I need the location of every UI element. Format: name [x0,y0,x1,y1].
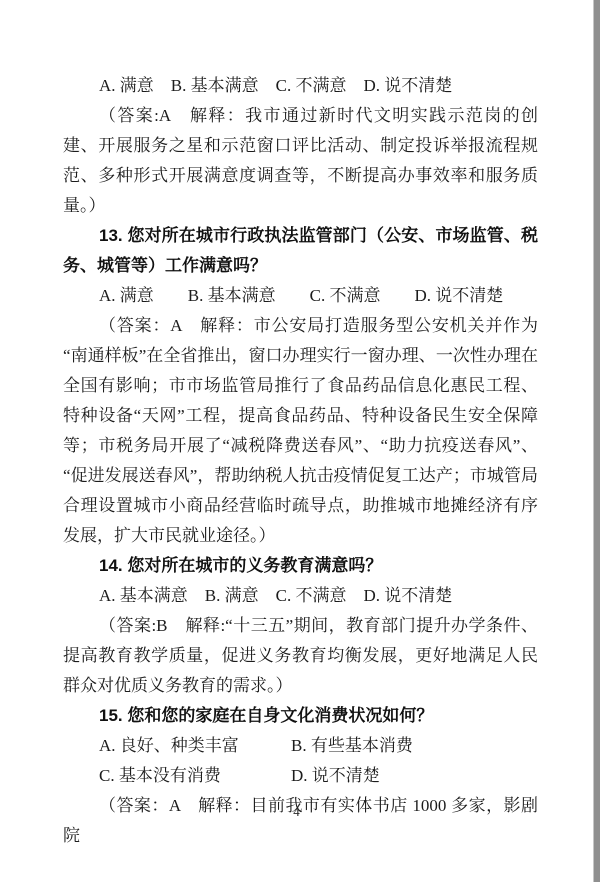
question-12-options-line: A. 满意 B. 基本满意 C. 不满意 D. 说不清楚 [63,71,538,101]
question-15-options-row-1: A. 良好、种类丰富 B. 有些基本消费 [63,731,538,761]
question-14-answer-paragraph: （答案:B 解释:“十三五”期间，教育部门提升办学条件、提高教育教学质量，促进义… [63,611,538,701]
question-15-option-a: A. 良好、种类丰富 [99,731,291,761]
page-number: 4 [0,802,593,822]
document-content: A. 满意 B. 基本满意 C. 不满意 D. 说不清楚 （答案:A 解释：我市… [63,71,538,851]
question-15-options-row-2: C. 基本没有消费 D. 说不清楚 [63,761,538,791]
question-15-option-b: B. 有些基本消费 [291,731,413,761]
question-15-option-d: D. 说不清楚 [291,761,380,791]
question-14-options-line: A. 基本满意 B. 满意 C. 不满意 D. 说不清楚 [63,581,538,611]
scan-edge-strip [593,0,600,882]
question-13-title: 13. 您对所在城市行政执法监管部门（公安、市场监管、税务、城管等）工作满意吗？ [63,221,538,281]
question-13-answer-paragraph: （答案：A 解释：市公安局打造服务型公安机关并作为“南通样板”在全省推出，窗口办… [63,311,538,551]
question-15-title: 15. 您和您的家庭在自身文化消费状况如何？ [63,701,538,731]
question-13-options-line: A. 满意 B. 基本满意 C. 不满意 D. 说不清楚 [63,281,538,311]
question-14-title: 14. 您对所在城市的义务教育满意吗？ [63,551,538,581]
question-12-answer-paragraph: （答案:A 解释：我市通过新时代文明实践示范岗的创建、开展服务之星和示范窗口评比… [63,101,538,221]
question-15-option-c: C. 基本没有消费 [99,761,291,791]
